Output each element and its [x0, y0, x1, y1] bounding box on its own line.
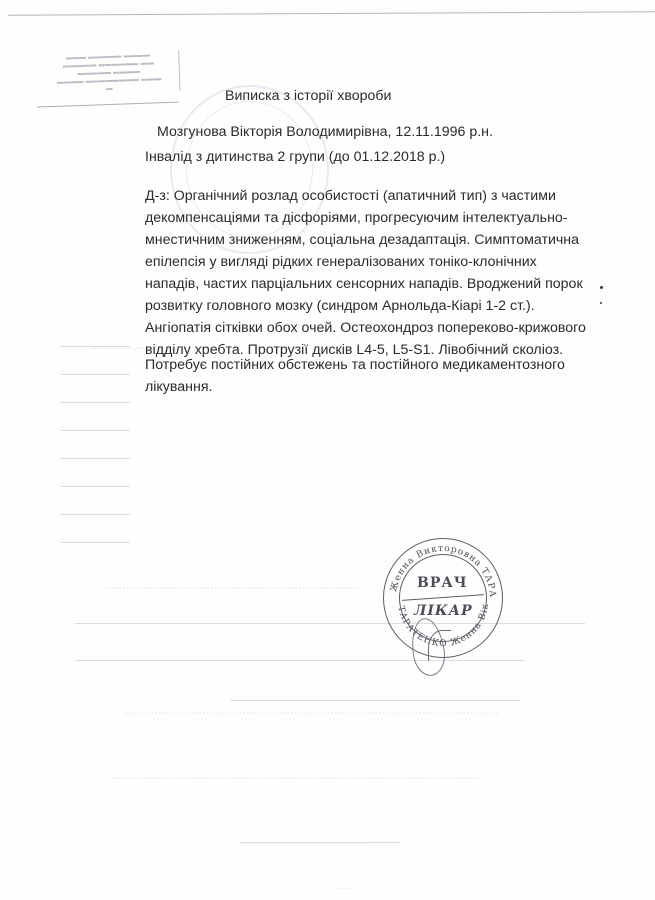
- scan-speck: [600, 286, 603, 289]
- diagnosis-line: нападів, частих парціальних сенсорних на…: [145, 273, 615, 295]
- disability-status: Інвалід з дитинства 2 групи (до 01.12.20…: [145, 146, 445, 168]
- needs-line: Потребує постійних обстежень та постійно…: [145, 354, 615, 376]
- page-edge-line: [8, 11, 655, 15]
- needs-line: лікування.: [145, 376, 615, 398]
- diagnosis-paragraph: Д-з: Органічний розлад особистості (апат…: [145, 185, 615, 361]
- diagnosis-line: епілепсія у вигляді рідких генералізован…: [145, 251, 615, 273]
- scanned-page: …………………… ……………………………………………………………… …………………: [0, 0, 655, 900]
- diagnosis-line: розвитку головного мозку (синдром Арноль…: [145, 295, 615, 317]
- seal-title-ru: ВРАЧ: [417, 575, 468, 591]
- seal-title-ua: ЛІКАР: [414, 603, 473, 619]
- diagnosis-line: мнестичним зниженням, соціальна дезадапт…: [145, 229, 615, 251]
- patient-name-dob: Мозгунова Вікторія Володимирівна, 12.11.…: [157, 121, 493, 143]
- treatment-needs-paragraph: Потребує постійних обстежень та постійно…: [145, 354, 615, 398]
- diagnosis-line: Ангіопатія сітківки обох очей. Остеохонд…: [145, 317, 615, 339]
- diagnosis-line: декомпенсаціями та дісфоріями, прогресую…: [145, 207, 615, 229]
- signature-stroke: [428, 630, 451, 661]
- document-title: Виписка з історії хвороби: [225, 85, 391, 107]
- institution-stamp: ▬▬▬ ▬▬▬▬▬ ▬▬▬▬ ▬▬▬▬▬ ▬▬▬▬▬▬ ▬▬ ▬▬▬▬▬ ▬▬▬…: [39, 51, 179, 104]
- scan-speck: [600, 302, 602, 304]
- diagnosis-line: Д-з: Органічний розлад особистості (апат…: [145, 185, 615, 207]
